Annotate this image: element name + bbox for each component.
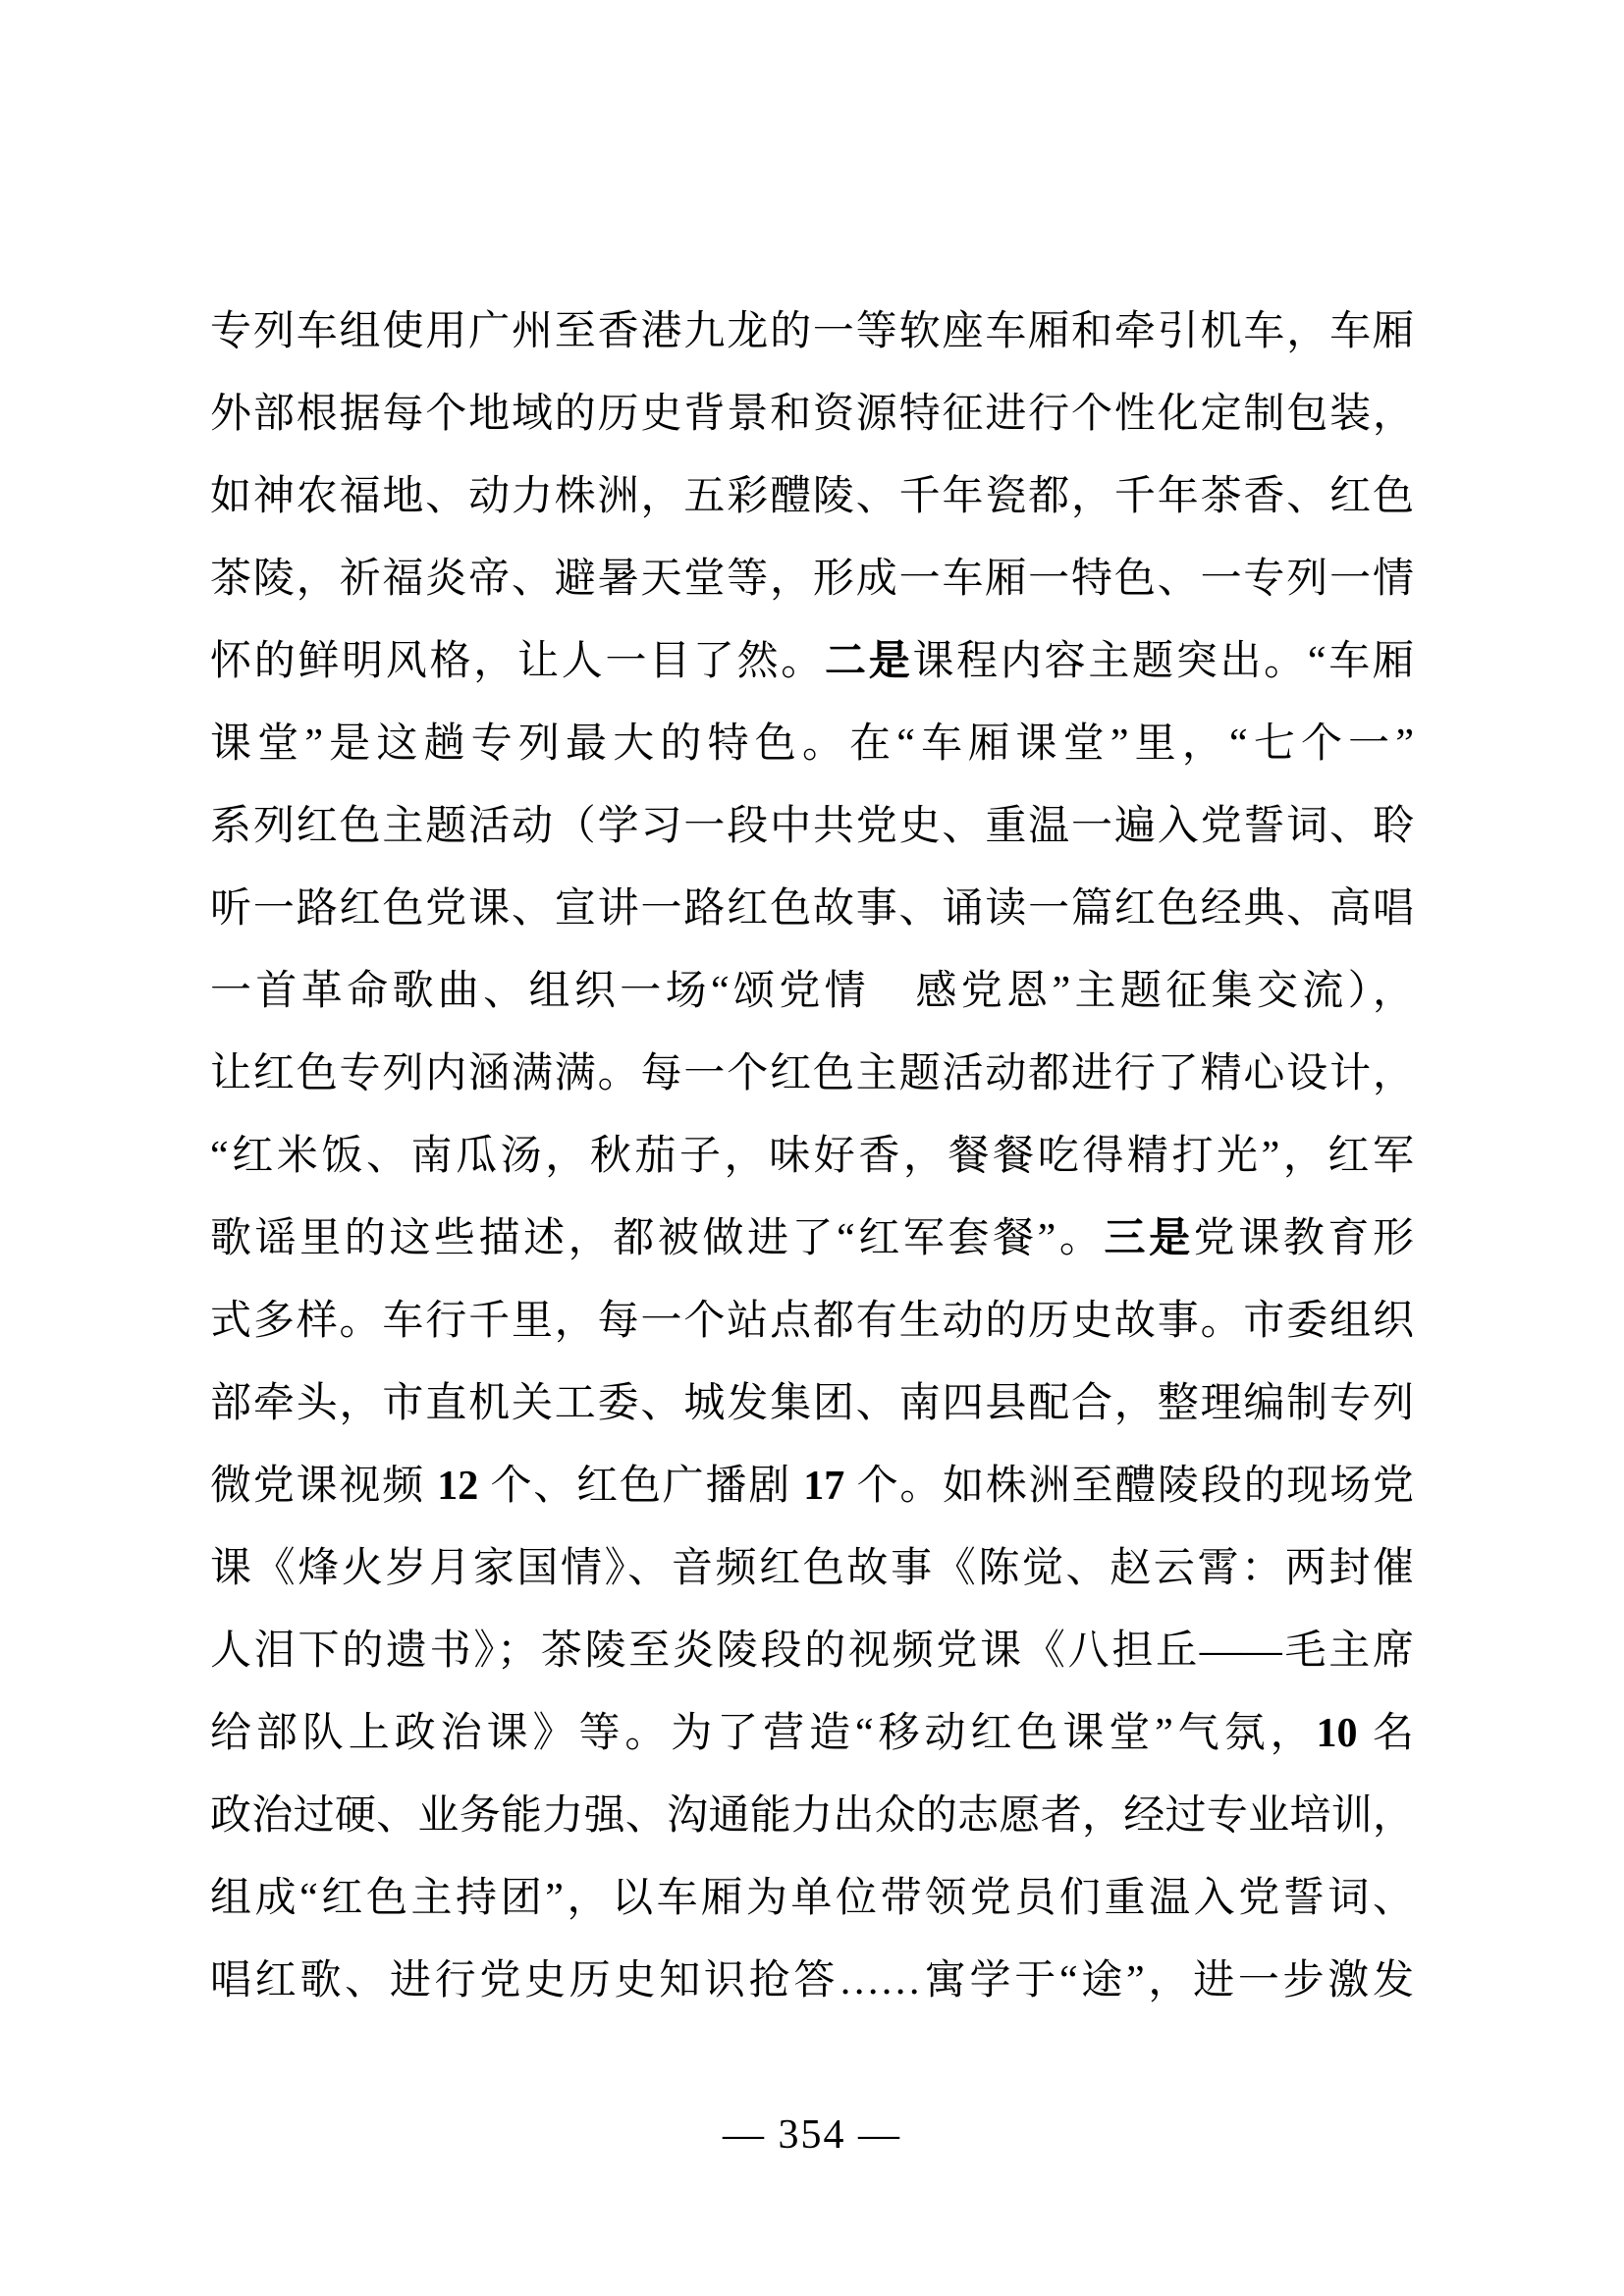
text-line: 唱红歌、进行党史历史知识抢答……寓学于“途”，进一步激发 (210, 1940, 1414, 2022)
paragraph-continuation: 专列车组使用广州至香港九龙的一等软座车厢和牵引机车，车厢外部根据每个地域的历史背… (210, 291, 1414, 2022)
text-run: 给部队上政治课》等。为了营造“移动红色课堂”气氛， (210, 1711, 1317, 1756)
text-run: 如神农福地、动力株洲，五彩醴陵、千年瓷都，千年茶香、红色 (210, 474, 1414, 519)
text-run: 一首革命歌曲、组织一场“颂党情 感党恩”主题征集交流）， (210, 969, 1414, 1014)
number-run: 10 (1317, 1711, 1358, 1756)
text-run: 外部根据每个地域的历史背景和资源特征进行个性化定制包装， (210, 392, 1414, 437)
text-run: 组成“红色主持团”，以车厢为单位带领党员们重温入党誓词、 (210, 1876, 1414, 1921)
text-line: 如神农福地、动力株洲，五彩醴陵、千年瓷都，千年茶香、红色 (210, 455, 1414, 538)
text-run: 人泪下的遗书》；茶陵至炎陵段的视频党课《八担丘——毛主席 (210, 1629, 1414, 1674)
text-run: 系列红色主题活动（学习一段中共党史、重温一遍入党誓词、聆 (210, 804, 1414, 849)
text-line: 听一路红色党课、宣讲一路红色故事、诵读一篇红色经典、高唱 (210, 868, 1414, 950)
number-run: 17 (803, 1464, 844, 1509)
text-line: 式多样。车行千里，每一个站点都有生动的历史故事。市委组织 (210, 1280, 1414, 1362)
text-run: 课《烽火岁月家国情》、音频红色故事《陈觉、赵云霄：两封催 (210, 1546, 1414, 1591)
text-line: 课堂”是这趟专列最大的特色。在“车厢课堂”里，“七个一” (210, 703, 1414, 785)
text-run: 唱红歌、进行党史历史知识抢答……寓学于“途”，进一步激发 (210, 1958, 1414, 2003)
text-line: 组成“红色主持团”，以车厢为单位带领党员们重温入党誓词、 (210, 1857, 1414, 1940)
text-run: 微党课视频 (210, 1464, 437, 1509)
text-run: 专列车组使用广州至香港九龙的一等软座车厢和牵引机车，车厢 (210, 309, 1414, 354)
text-line: 专列车组使用广州至香港九龙的一等软座车厢和牵引机车，车厢 (210, 291, 1414, 373)
text-line: 系列红色主题活动（学习一段中共党史、重温一遍入党誓词、聆 (210, 785, 1414, 868)
text-line: 课《烽火岁月家国情》、音频红色故事《陈觉、赵云霄：两封催 (210, 1527, 1414, 1610)
text-line: 歌谣里的这些描述，都被做进了“红军套餐”。三是党课教育形 (210, 1198, 1414, 1280)
text-run: 让红色专列内涵满满。每一个红色主题活动都进行了精心设计， (210, 1051, 1414, 1096)
text-line: 部牵头，市直机关工委、城发集团、南四县配合，整理编制专列 (210, 1362, 1414, 1445)
text-run: “红米饭、南瓜汤，秋茄子，味好香，餐餐吃得精打光”，红军 (210, 1134, 1414, 1179)
text-run: 政治过硬、业务能力强、沟通能力出众的志愿者，经过专业培训， (210, 1793, 1414, 1839)
text-line: “红米饭、南瓜汤，秋茄子，味好香，餐餐吃得精打光”，红军 (210, 1115, 1414, 1198)
text-run: 部牵头，市直机关工委、城发集团、南四县配合，整理编制专列 (210, 1381, 1414, 1426)
text-run: 怀的鲜明风格，让人一目了然。 (210, 639, 825, 684)
text-line: 怀的鲜明风格，让人一目了然。二是课程内容主题突出。“车厢 (210, 620, 1414, 703)
text-line: 让红色专列内涵满满。每一个红色主题活动都进行了精心设计， (210, 1033, 1414, 1115)
text-run: 听一路红色党课、宣讲一路红色故事、诵读一篇红色经典、高唱 (210, 886, 1414, 932)
text-run: 党课教育形 (1194, 1216, 1414, 1261)
text-run: 个、红色广播剧 (478, 1464, 803, 1509)
text-line: 微党课视频 12 个、红色广播剧 17 个。如株洲至醴陵段的现场党 (210, 1445, 1414, 1527)
document-page: 专列车组使用广州至香港九龙的一等软座车厢和牵引机车，车厢外部根据每个地域的历史背… (0, 0, 1624, 2296)
text-line: 政治过硬、业务能力强、沟通能力出众的志愿者，经过专业培训， (210, 1775, 1414, 1857)
text-run: 式多样。车行千里，每一个站点都有生动的历史故事。市委组织 (210, 1299, 1414, 1344)
bold-emphasis-run: 三是 (1104, 1216, 1193, 1261)
text-run: 歌谣里的这些描述，都被做进了“红军套餐”。 (210, 1216, 1104, 1261)
text-line: 一首革命歌曲、组织一场“颂党情 感党恩”主题征集交流）， (210, 950, 1414, 1033)
bold-emphasis-run: 二是 (825, 639, 912, 684)
text-line: 给部队上政治课》等。为了营造“移动红色课堂”气氛，10 名 (210, 1692, 1414, 1775)
text-run: 个。如株洲至醴陵段的现场党 (844, 1464, 1414, 1509)
number-run: 12 (437, 1464, 478, 1509)
text-run: 课程内容主题突出。“车厢 (912, 639, 1414, 684)
text-line: 茶陵，祈福炎帝、避暑天堂等，形成一车厢一特色、一专列一情 (210, 538, 1414, 620)
page-number: — 354 — (0, 2110, 1624, 2160)
text-line: 外部根据每个地域的历史背景和资源特征进行个性化定制包装， (210, 373, 1414, 455)
text-run: 名 (1358, 1711, 1414, 1756)
text-run: 茶陵，祈福炎帝、避暑天堂等，形成一车厢一特色、一专列一情 (210, 557, 1414, 602)
text-run: 课堂”是这趟专列最大的特色。在“车厢课堂”里，“七个一” (210, 721, 1414, 767)
text-line: 人泪下的遗书》；茶陵至炎陵段的视频党课《八担丘——毛主席 (210, 1610, 1414, 1692)
